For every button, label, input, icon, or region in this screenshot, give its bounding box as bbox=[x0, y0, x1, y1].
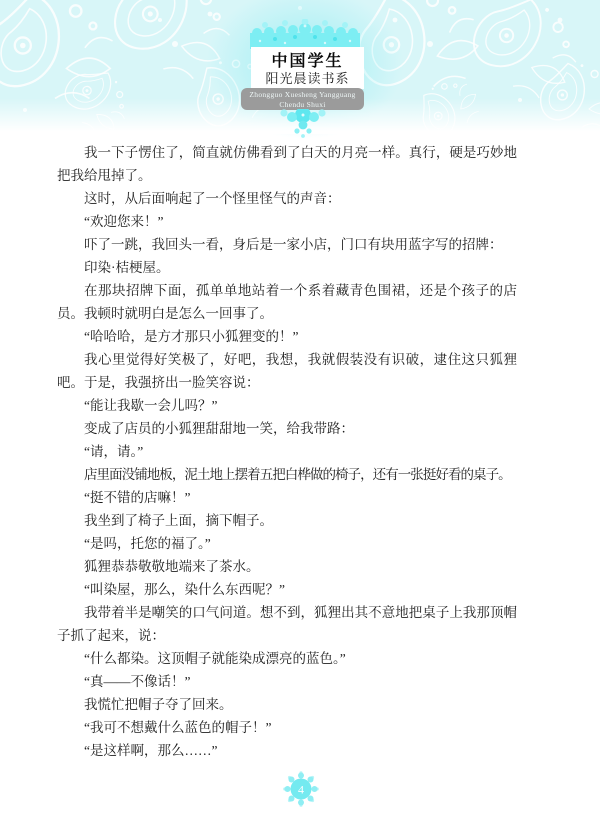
story-paragraph: “哈哈哈，是方才那只小狐狸变的！” bbox=[57, 325, 517, 348]
story-paragraph: “什么都染。这顶帽子就能染成漂亮的蓝色。” bbox=[57, 647, 517, 670]
story-paragraph: 我心里觉得好笑极了，好吧，我想，我就假装没有识破，逮住这只狐狸吧。于是，我强挤出… bbox=[57, 348, 517, 394]
badge-crown-ornament-icon bbox=[250, 19, 360, 49]
story-paragraph: “真——不像话！” bbox=[57, 670, 517, 693]
story-paragraph: 我一下子愣住了，简直就仿佛看到了白天的月亮一样。真行，硬是巧妙地把我给甩掉了。 bbox=[57, 141, 517, 187]
story-paragraph: 我坐到了椅子上面，摘下帽子。 bbox=[57, 509, 517, 532]
story-paragraph: “是吗，托您的福了。” bbox=[57, 532, 517, 555]
story-paragraph: 变成了店员的小狐狸甜甜地一笑，给我带路： bbox=[57, 417, 517, 440]
story-paragraph: 印染·桔梗屋。 bbox=[57, 256, 517, 279]
page-number-flower: 4 bbox=[283, 771, 319, 807]
story-paragraph: “是这样啊，那么……” bbox=[57, 739, 517, 762]
page-number: 4 bbox=[298, 783, 304, 797]
story-paragraph: “挺不错的店嘛！” bbox=[57, 486, 517, 509]
series-pinyin-banner: Zhongguo Xuesheng Yangguang Chendu Shuxi bbox=[241, 88, 364, 110]
story-paragraph: 吓了一跳，我回头一看，身后是一家小店，门口有块用蓝字写的招牌： bbox=[57, 233, 517, 256]
story-text: 我一下子愣住了，简直就仿佛看到了白天的月亮一样。真行，硬是巧妙地把我给甩掉了。 … bbox=[57, 141, 517, 762]
story-paragraph: “请，请。” bbox=[57, 440, 517, 463]
story-paragraph: “欢迎您来！” bbox=[57, 210, 517, 233]
series-title: 中国学生 bbox=[251, 52, 364, 71]
story-paragraph: “我可不想戴什么蓝色的帽子！” bbox=[57, 716, 517, 739]
badge-tassel-ornament-icon bbox=[272, 109, 334, 139]
story-paragraph: 这时，从后面响起了一个怪里怪气的声音： bbox=[57, 187, 517, 210]
story-paragraph: 店里面没铺地板，泥土地上摆着五把白桦做的椅子，还有一张挺好看的桌子。 bbox=[57, 463, 517, 486]
series-subtitle: 阳光晨读书系 bbox=[251, 71, 364, 87]
story-paragraph: 在那块招牌下面，孤单单地站着一个系着藏青色围裙，还是个孩子的店员。我顿时就明白是… bbox=[57, 279, 517, 325]
story-paragraph: “叫染屋，那么，染什么东西呢？” bbox=[57, 578, 517, 601]
story-paragraph: 狐狸恭恭敬敬地端来了茶水。 bbox=[57, 555, 517, 578]
story-paragraph: “能让我歇一会儿吗？” bbox=[57, 394, 517, 417]
book-page: 中国学生 阳光晨读书系 Zhongguo Xuesheng Yangguang … bbox=[0, 0, 600, 839]
series-title-box: 中国学生 阳光晨读书系 bbox=[251, 47, 364, 89]
story-paragraph: 我带着半是嘲笑的口气问道。想不到，狐狸出其不意地把桌子上我那顶帽子抓了起来，说： bbox=[57, 601, 517, 647]
series-pinyin-line1: Zhongguo Xuesheng Yangguang bbox=[241, 90, 364, 100]
story-paragraph: 我慌忙把帽子夺了回来。 bbox=[57, 693, 517, 716]
